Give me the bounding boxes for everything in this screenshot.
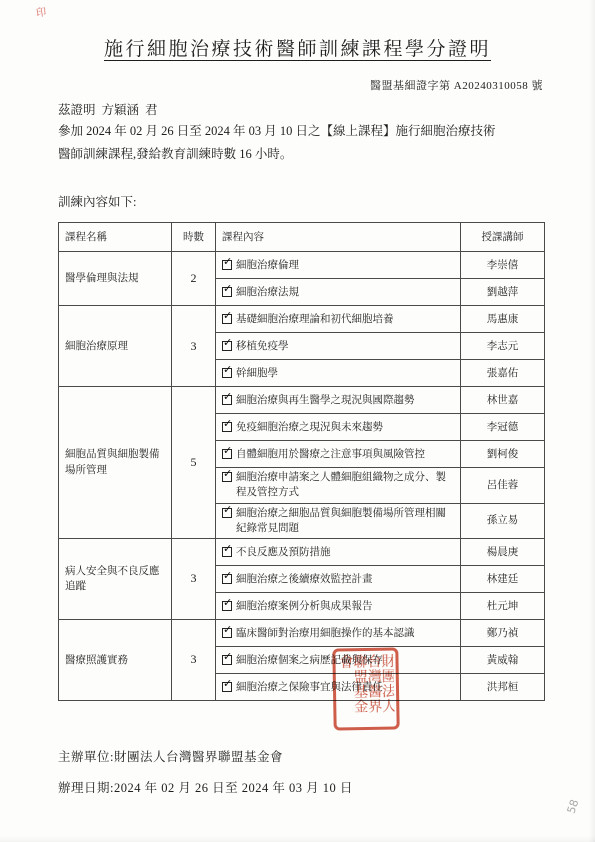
instructor-name: 劉越萍 [461, 279, 545, 306]
course-content-text: 免疫細胞治療之現況與未來趨勢 [236, 420, 383, 435]
red-corner-mark: 印 [35, 3, 47, 19]
checked-checkbox-icon[interactable] [222, 628, 232, 638]
course-content-cell: 幹細胞學 [216, 360, 461, 387]
course-content-cell: 移植免疫學 [216, 333, 461, 360]
checked-checkbox-icon[interactable] [222, 547, 232, 557]
course-group-hours: 2 [172, 252, 216, 306]
course-content-text: 臨床醫師對治療用細胞操作的基本認識 [236, 626, 415, 641]
course-group-name: 細胞治療原理 [59, 306, 172, 387]
course-content-cell: 細胞治療之後續療效監控計畫 [216, 566, 461, 593]
organizer-line: 主辦單位:財團法人台灣醫界聯盟基金會 [58, 747, 540, 765]
course-content-text: 細胞治療倫理 [236, 258, 299, 273]
table-row: 細胞品質與細胞製備場所管理5細胞治療與再生醫學之現況與國際趨勢林世嘉 [59, 387, 545, 414]
body-line-1: 參加 2024 年 02 月 26 日至 2024 年 03 月 10 日之【線… [58, 120, 545, 143]
instructor-name: 林世嘉 [461, 387, 545, 414]
course-content-cell: 免疫細胞治療之現況與未來趨勢 [216, 414, 461, 441]
instructor-name: 呂佳蓉 [461, 468, 545, 503]
recipient-name: 方穎涵 [102, 103, 140, 117]
instructor-name: 孫立易 [461, 503, 545, 538]
checked-checkbox-icon[interactable] [222, 341, 232, 351]
course-content-text: 幹細胞學 [236, 366, 278, 381]
course-content-cell: 細胞治療與再生醫學之現況與國際趨勢 [216, 387, 461, 414]
checked-checkbox-icon[interactable] [222, 395, 232, 405]
course-content-cell: 不良反應及預防措施 [216, 539, 461, 566]
instructor-name: 李志元 [461, 333, 545, 360]
checked-checkbox-icon[interactable] [222, 655, 232, 665]
table-row: 病人安全與不良反應追蹤3不良反應及預防措施楊晨庚 [59, 539, 545, 566]
checked-checkbox-icon[interactable] [222, 574, 232, 584]
course-content-text: 自體細胞用於醫療之注意事項與風險管控 [236, 447, 425, 462]
checked-checkbox-icon[interactable] [222, 449, 232, 459]
instructor-name: 黃威翰 [461, 647, 545, 674]
handwritten-page-number: 58 [565, 798, 582, 815]
course-content-text: 細胞治療案例分析與成果報告 [236, 599, 373, 614]
checked-checkbox-icon[interactable] [222, 314, 232, 324]
course-content-text: 移植免疫學 [236, 339, 289, 354]
course-content-cell: 細胞治療申請案之人體細胞組織物之成分、製程及管控方式 [216, 468, 461, 503]
course-content-cell: 細胞治療法規 [216, 279, 461, 306]
instructor-name: 劉柯俊 [461, 441, 545, 468]
certify-suffix: 君 [145, 103, 158, 117]
checked-checkbox-icon[interactable] [222, 422, 232, 432]
event-date-line: 辦理日期:2024 年 02 月 26 日至 2024 年 03 月 10 日 [58, 778, 540, 796]
course-content-cell: 細胞治療倫理 [216, 252, 461, 279]
checked-checkbox-icon[interactable] [222, 260, 232, 270]
instructor-name: 林建廷 [461, 566, 545, 593]
certificate-body: 參加 2024 年 02 月 26 日至 2024 年 03 月 10 日之【線… [58, 120, 545, 166]
instructor-name: 張嘉佑 [461, 360, 545, 387]
course-content-cell: 臨床醫師對治療用細胞操作的基本認識 [216, 620, 461, 647]
certify-line: 茲證明方穎涵君 [58, 100, 540, 118]
certify-prefix: 茲證明 [58, 103, 96, 117]
course-group-name: 病人安全與不良反應追蹤 [59, 539, 172, 620]
course-content-cell: 自體細胞用於醫療之注意事項與風險管控 [216, 441, 461, 468]
page-title: 施行細胞治療技術醫師訓練課程學分證明 [0, 34, 595, 61]
instructor-name: 鄭乃禎 [461, 620, 545, 647]
header-course-name: 課程名稱 [59, 223, 172, 252]
table-row: 醫學倫理與法規2細胞治療倫理李崇僖 [59, 252, 545, 279]
course-content-text: 細胞治療之後續療效監控計畫 [236, 572, 373, 587]
organizer-seal-stamp: 財團法人台灣醫界聯盟基金會 [332, 647, 399, 730]
table-row: 醫療照護實務3臨床醫師對治療用細胞操作的基本認識鄭乃禎 [59, 620, 545, 647]
course-group-name: 醫療照護實務 [59, 620, 172, 701]
checked-checkbox-icon[interactable] [222, 508, 232, 518]
course-content-text: 細胞治療之細胞品質與細胞製備場所管理相關紀錄常見問題 [236, 506, 454, 536]
header-hours: 時數 [172, 223, 216, 252]
course-content-cell: 基礎細胞治療理論和初代細胞培養 [216, 306, 461, 333]
course-group-name: 醫學倫理與法規 [59, 252, 172, 306]
instructor-name: 楊晨庚 [461, 539, 545, 566]
instructor-name: 洪邦桓 [461, 674, 545, 701]
course-content-text: 基礎細胞治療理論和初代細胞培養 [236, 312, 394, 327]
certificate-number: 醫盟基細證字第 A20240310058 號 [0, 77, 543, 93]
course-content-text: 細胞治療法規 [236, 285, 299, 300]
course-content-text: 細胞治療與再生醫學之現況與國際趨勢 [236, 393, 415, 408]
instructor-name: 李崇僖 [461, 252, 545, 279]
course-content-text: 不良反應及預防措施 [236, 545, 331, 560]
checked-checkbox-icon[interactable] [222, 368, 232, 378]
checked-checkbox-icon[interactable] [222, 682, 232, 692]
course-group-hours: 3 [172, 539, 216, 620]
table-row: 細胞治療原理3基礎細胞治療理論和初代細胞培養馬惠康 [59, 306, 545, 333]
instructor-name: 杜元坤 [461, 593, 545, 620]
body-line-2: 醫師訓練課程,發給教育訓練時數 16 小時。 [58, 143, 545, 166]
course-content-cell: 細胞治療之細胞品質與細胞製備場所管理相關紀錄常見問題 [216, 503, 461, 538]
course-table-body: 醫學倫理與法規2細胞治療倫理李崇僖細胞治療法規劉越萍細胞治療原理3基礎細胞治療理… [59, 252, 545, 701]
table-header-row: 課程名稱 時數 課程內容 授課講師 [59, 223, 545, 252]
course-group-hours: 3 [172, 306, 216, 387]
seal-text: 財團法人台灣醫界聯盟基金會 [337, 654, 394, 725]
course-content-text: 細胞治療申請案之人體細胞組織物之成分、製程及管控方式 [236, 470, 454, 500]
checked-checkbox-icon[interactable] [222, 472, 232, 482]
course-content-cell: 細胞治療案例分析與成果報告 [216, 593, 461, 620]
checked-checkbox-icon[interactable] [222, 287, 232, 297]
course-group-name: 細胞品質與細胞製備場所管理 [59, 387, 172, 539]
table-intro: 訓練內容如下: [58, 192, 540, 210]
course-group-hours: 5 [172, 387, 216, 539]
header-content: 課程內容 [216, 223, 461, 252]
header-instructor: 授課講師 [461, 223, 545, 252]
course-credit-table: 課程名稱 時數 課程內容 授課講師 醫學倫理與法規2細胞治療倫理李崇僖細胞治療法… [58, 222, 545, 701]
course-group-hours: 3 [172, 620, 216, 701]
checked-checkbox-icon[interactable] [222, 601, 232, 611]
instructor-name: 李冠德 [461, 414, 545, 441]
instructor-name: 馬惠康 [461, 306, 545, 333]
